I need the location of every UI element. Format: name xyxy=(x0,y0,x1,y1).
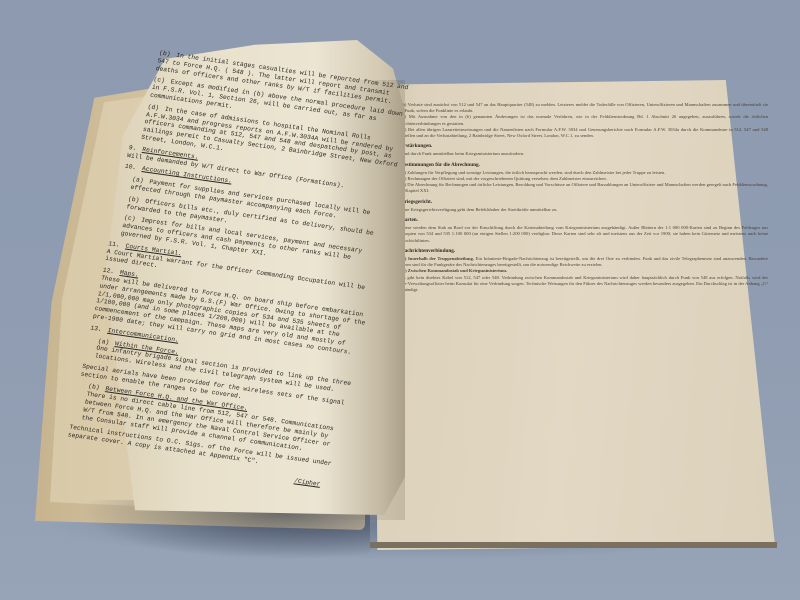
section-paragraph: (b) Verluste sind zunächst von 512 und 5… xyxy=(393,102,768,114)
paragraph-text: (b) Rechnungen der Offiziere sind, mit d… xyxy=(401,176,607,181)
section-paragraph: (c) Die Abrechnung für Rechnungen und ör… xyxy=(393,182,768,194)
section-paragraph: Sind durch Funk unmittelbar beim Kriegsm… xyxy=(393,151,768,157)
section-heading: 12. Karten. xyxy=(393,217,768,223)
section-heading: 9. Verstärkungen. xyxy=(393,143,768,149)
subsection-heading: (b) Zwischen Kommandostab und Kriegsmini… xyxy=(401,268,507,273)
section-heading: 10. Bestimmungen für die Abrechnung. xyxy=(393,162,768,168)
paragraph-text: (b) Verluste sind zunächst von 512 und 5… xyxy=(393,102,768,113)
subsection-heading: (a) Innerhalb der Truppenabteilung. xyxy=(401,256,476,261)
section-paragraph: (c) Mit Ausnahme von den in (b) genannte… xyxy=(393,114,768,126)
section-heading: 11. Kriegsgericht. xyxy=(393,199,768,205)
paragraph-number: 9. xyxy=(128,144,137,152)
section-paragraph: (d) Bei allen übrigen Lazaretteinweisung… xyxy=(393,127,768,139)
paragraph-text: Es gibt kein direktes Kabel von 512, 547… xyxy=(393,275,768,292)
paragraph-text: (c) Mit Ausnahme von den in (b) genannte… xyxy=(393,114,768,125)
paragraph-number: 13. xyxy=(90,324,103,332)
paragraph-text: (a) Zahlungen für Verpflegung und sonsti… xyxy=(401,170,666,175)
right-page-text: (b) Verluste sind zunächst von 512 und 5… xyxy=(393,102,768,293)
paragraph-text: Eine Kriegsgerichtsverfügung geht dem Be… xyxy=(401,207,558,212)
paragraph-number: 10. xyxy=(124,163,137,171)
section-paragraph: Diese werden dem Stab an Bord vor der Ei… xyxy=(393,225,768,244)
right-page-edge xyxy=(370,542,777,548)
paragraph-text: (d) Bei allen übrigen Lazaretteinweisung… xyxy=(393,127,768,138)
paragraph-text: Sind durch Funk unmittelbar beim Kriegsm… xyxy=(401,151,524,156)
photo-scene: (b) Verluste sind zunächst von 512 und 5… xyxy=(0,0,800,600)
section-heading: 13. Nachrichtenverbindung. xyxy=(393,248,768,254)
section-paragraph: Eine Kriegsgerichtsverfügung geht dem Be… xyxy=(393,207,768,213)
paragraph-text: (c) Die Abrechnung für Rechnungen und ör… xyxy=(393,182,768,193)
section-paragraph: (a) Innerhalb der Truppenabteilung. Ein … xyxy=(393,256,768,268)
paragraph-text: Diese werden dem Stab an Bord vor der Ei… xyxy=(393,225,768,242)
section-paragraph: Es gibt kein direktes Kabel von 512, 547… xyxy=(393,275,768,294)
